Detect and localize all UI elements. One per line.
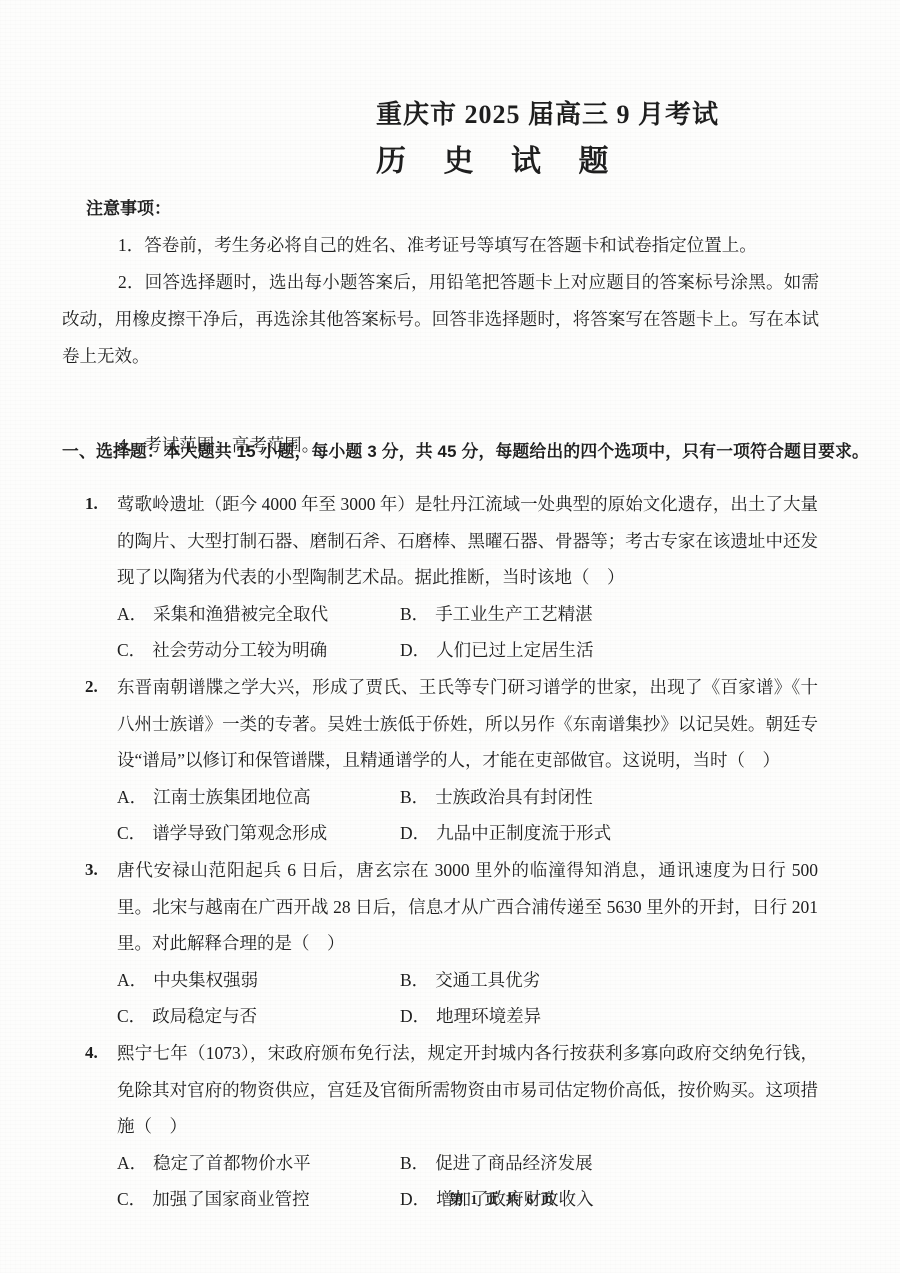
question-stem: 东晋南朝谱牒之学大兴，形成了贾氏、王氏等专门研习谱学的世家，出现了《百家谱》《十… (117, 669, 818, 779)
option-text: 地理环境差异 (436, 1006, 541, 1026)
option-text: 人们已过上定居生活 (436, 640, 594, 660)
question-stem: 莺歌岭遗址（距今 4000 年至 3000 年）是牡丹江流域一处典型的原始文化遗… (117, 486, 818, 596)
question-options: A．江南士族集团地位高 B．士族政治具有封闭性 C．谱学导致门第观念形成 D．九… (117, 779, 818, 852)
option-d: D．九品中正制度流于形式 (400, 815, 818, 852)
option-label: B． (400, 787, 429, 807)
option-a: A．江南士族集团地位高 (117, 779, 400, 816)
option-label: A． (117, 1153, 147, 1173)
option-label: C． (117, 640, 146, 660)
question-number: 4. (85, 1035, 117, 1218)
option-label: D． (400, 823, 430, 843)
question-number: 2. (85, 669, 117, 852)
option-label: C． (117, 1006, 146, 1026)
option-b: B．手工业生产工艺精湛 (400, 596, 818, 633)
option-label: A． (117, 787, 147, 807)
option-label: D． (400, 1006, 430, 1026)
page-footer: 第 1 页 共 6 页 (423, 1188, 583, 1208)
option-text: 手工业生产工艺精湛 (435, 604, 593, 624)
option-label: B． (400, 604, 429, 624)
option-text: 中央集权强弱 (153, 970, 258, 990)
option-b: B．促进了商品经济发展 (400, 1145, 818, 1182)
notice-item: 2．回答选择题时，选出每小题答案后，用铅笔把答题卡上对应题目的答案标号涂黑。如需… (62, 264, 819, 375)
option-label: C． (117, 1189, 146, 1209)
question-number: 3. (85, 852, 117, 1035)
exam-title: 重庆市 2025 届高三 9 月考试 (376, 94, 719, 131)
option-text: 采集和渔猎被完全取代 (153, 604, 328, 624)
question-stem: 唐代安禄山范阳起兵 6 日后，唐玄宗在 3000 里外的临潼得知消息，通讯速度为… (117, 852, 818, 962)
option-c: C．政局稳定与否 (117, 998, 400, 1035)
option-label: A． (117, 970, 147, 990)
section-header: 一、选择题：本大题共 15 小题，每小题 3 分，共 45 分，每题给出的四个选… (62, 438, 869, 462)
option-label: C． (117, 823, 146, 843)
question-stem: 熙宁七年（1073），宋政府颁布免行法，规定开封城内各行按获利多寡向政府交纳免行… (117, 1035, 818, 1145)
option-text: 促进了商品经济发展 (435, 1153, 593, 1173)
option-d: D．人们已过上定居生活 (400, 632, 818, 669)
option-text: 谱学导致门第观念形成 (152, 823, 327, 843)
option-c: C．加强了国家商业管控 (117, 1181, 400, 1218)
question-options: A．采集和渔猎被完全取代 B．手工业生产工艺精湛 C．社会劳动分工较为明确 D．… (117, 596, 818, 669)
option-c: C．谱学导致门第观念形成 (117, 815, 400, 852)
notice-section: 注意事项： 1．答卷前，考生务必将自己的姓名、准考证号等填写在答题卡和试卷指定位… (62, 190, 819, 464)
option-a: A．中央集权强弱 (117, 962, 400, 999)
question-body: 东晋南朝谱牒之学大兴，形成了贾氏、王氏等专门研习谱学的世家，出现了《百家谱》《十… (117, 669, 818, 852)
question-1: 1. 莺歌岭遗址（距今 4000 年至 3000 年）是牡丹江流域一处典型的原始… (85, 486, 818, 669)
exam-subject-title: 历 史 试 题 (376, 136, 624, 180)
option-text: 交通工具优劣 (435, 970, 540, 990)
option-text: 士族政治具有封闭性 (435, 787, 593, 807)
option-text: 政局稳定与否 (152, 1006, 257, 1026)
option-b: B．交通工具优劣 (400, 962, 818, 999)
option-text: 江南士族集团地位高 (153, 787, 311, 807)
question-body: 莺歌岭遗址（距今 4000 年至 3000 年）是牡丹江流域一处典型的原始文化遗… (117, 486, 818, 669)
question-3: 3. 唐代安禄山范阳起兵 6 日后，唐玄宗在 3000 里外的临潼得知消息，通讯… (85, 852, 818, 1035)
option-label: A． (117, 604, 147, 624)
question-options: A．中央集权强弱 B．交通工具优劣 C．政局稳定与否 D．地理环境差异 (117, 962, 818, 1035)
option-b: B．士族政治具有封闭性 (400, 779, 818, 816)
notice-heading: 注意事项： (86, 190, 819, 227)
notice-item: 1．答卷前，考生务必将自己的姓名、准考证号等填写在答题卡和试卷指定位置上。 (62, 227, 819, 264)
option-text: 九品中正制度流于形式 (436, 823, 611, 843)
option-text: 加强了国家商业管控 (152, 1189, 310, 1209)
question-2: 2. 东晋南朝谱牒之学大兴，形成了贾氏、王氏等专门研习谱学的世家，出现了《百家谱… (85, 669, 818, 852)
option-label: B． (400, 970, 429, 990)
question-number: 1. (85, 486, 117, 669)
exam-paper-page: 重庆市 2025 届高三 9 月考试 历 史 试 题 注意事项： 1．答卷前，考… (0, 0, 900, 1273)
option-a: A．稳定了首都物价水平 (117, 1145, 400, 1182)
option-text: 社会劳动分工较为明确 (152, 640, 327, 660)
option-text: 稳定了首都物价水平 (153, 1153, 311, 1173)
option-d: D．地理环境差异 (400, 998, 818, 1035)
option-c: C．社会劳动分工较为明确 (117, 632, 400, 669)
question-body: 唐代安禄山范阳起兵 6 日后，唐玄宗在 3000 里外的临潼得知消息，通讯速度为… (117, 852, 818, 1035)
option-label: B． (400, 1153, 429, 1173)
option-label: D． (400, 640, 430, 660)
option-a: A．采集和渔猎被完全取代 (117, 596, 400, 633)
